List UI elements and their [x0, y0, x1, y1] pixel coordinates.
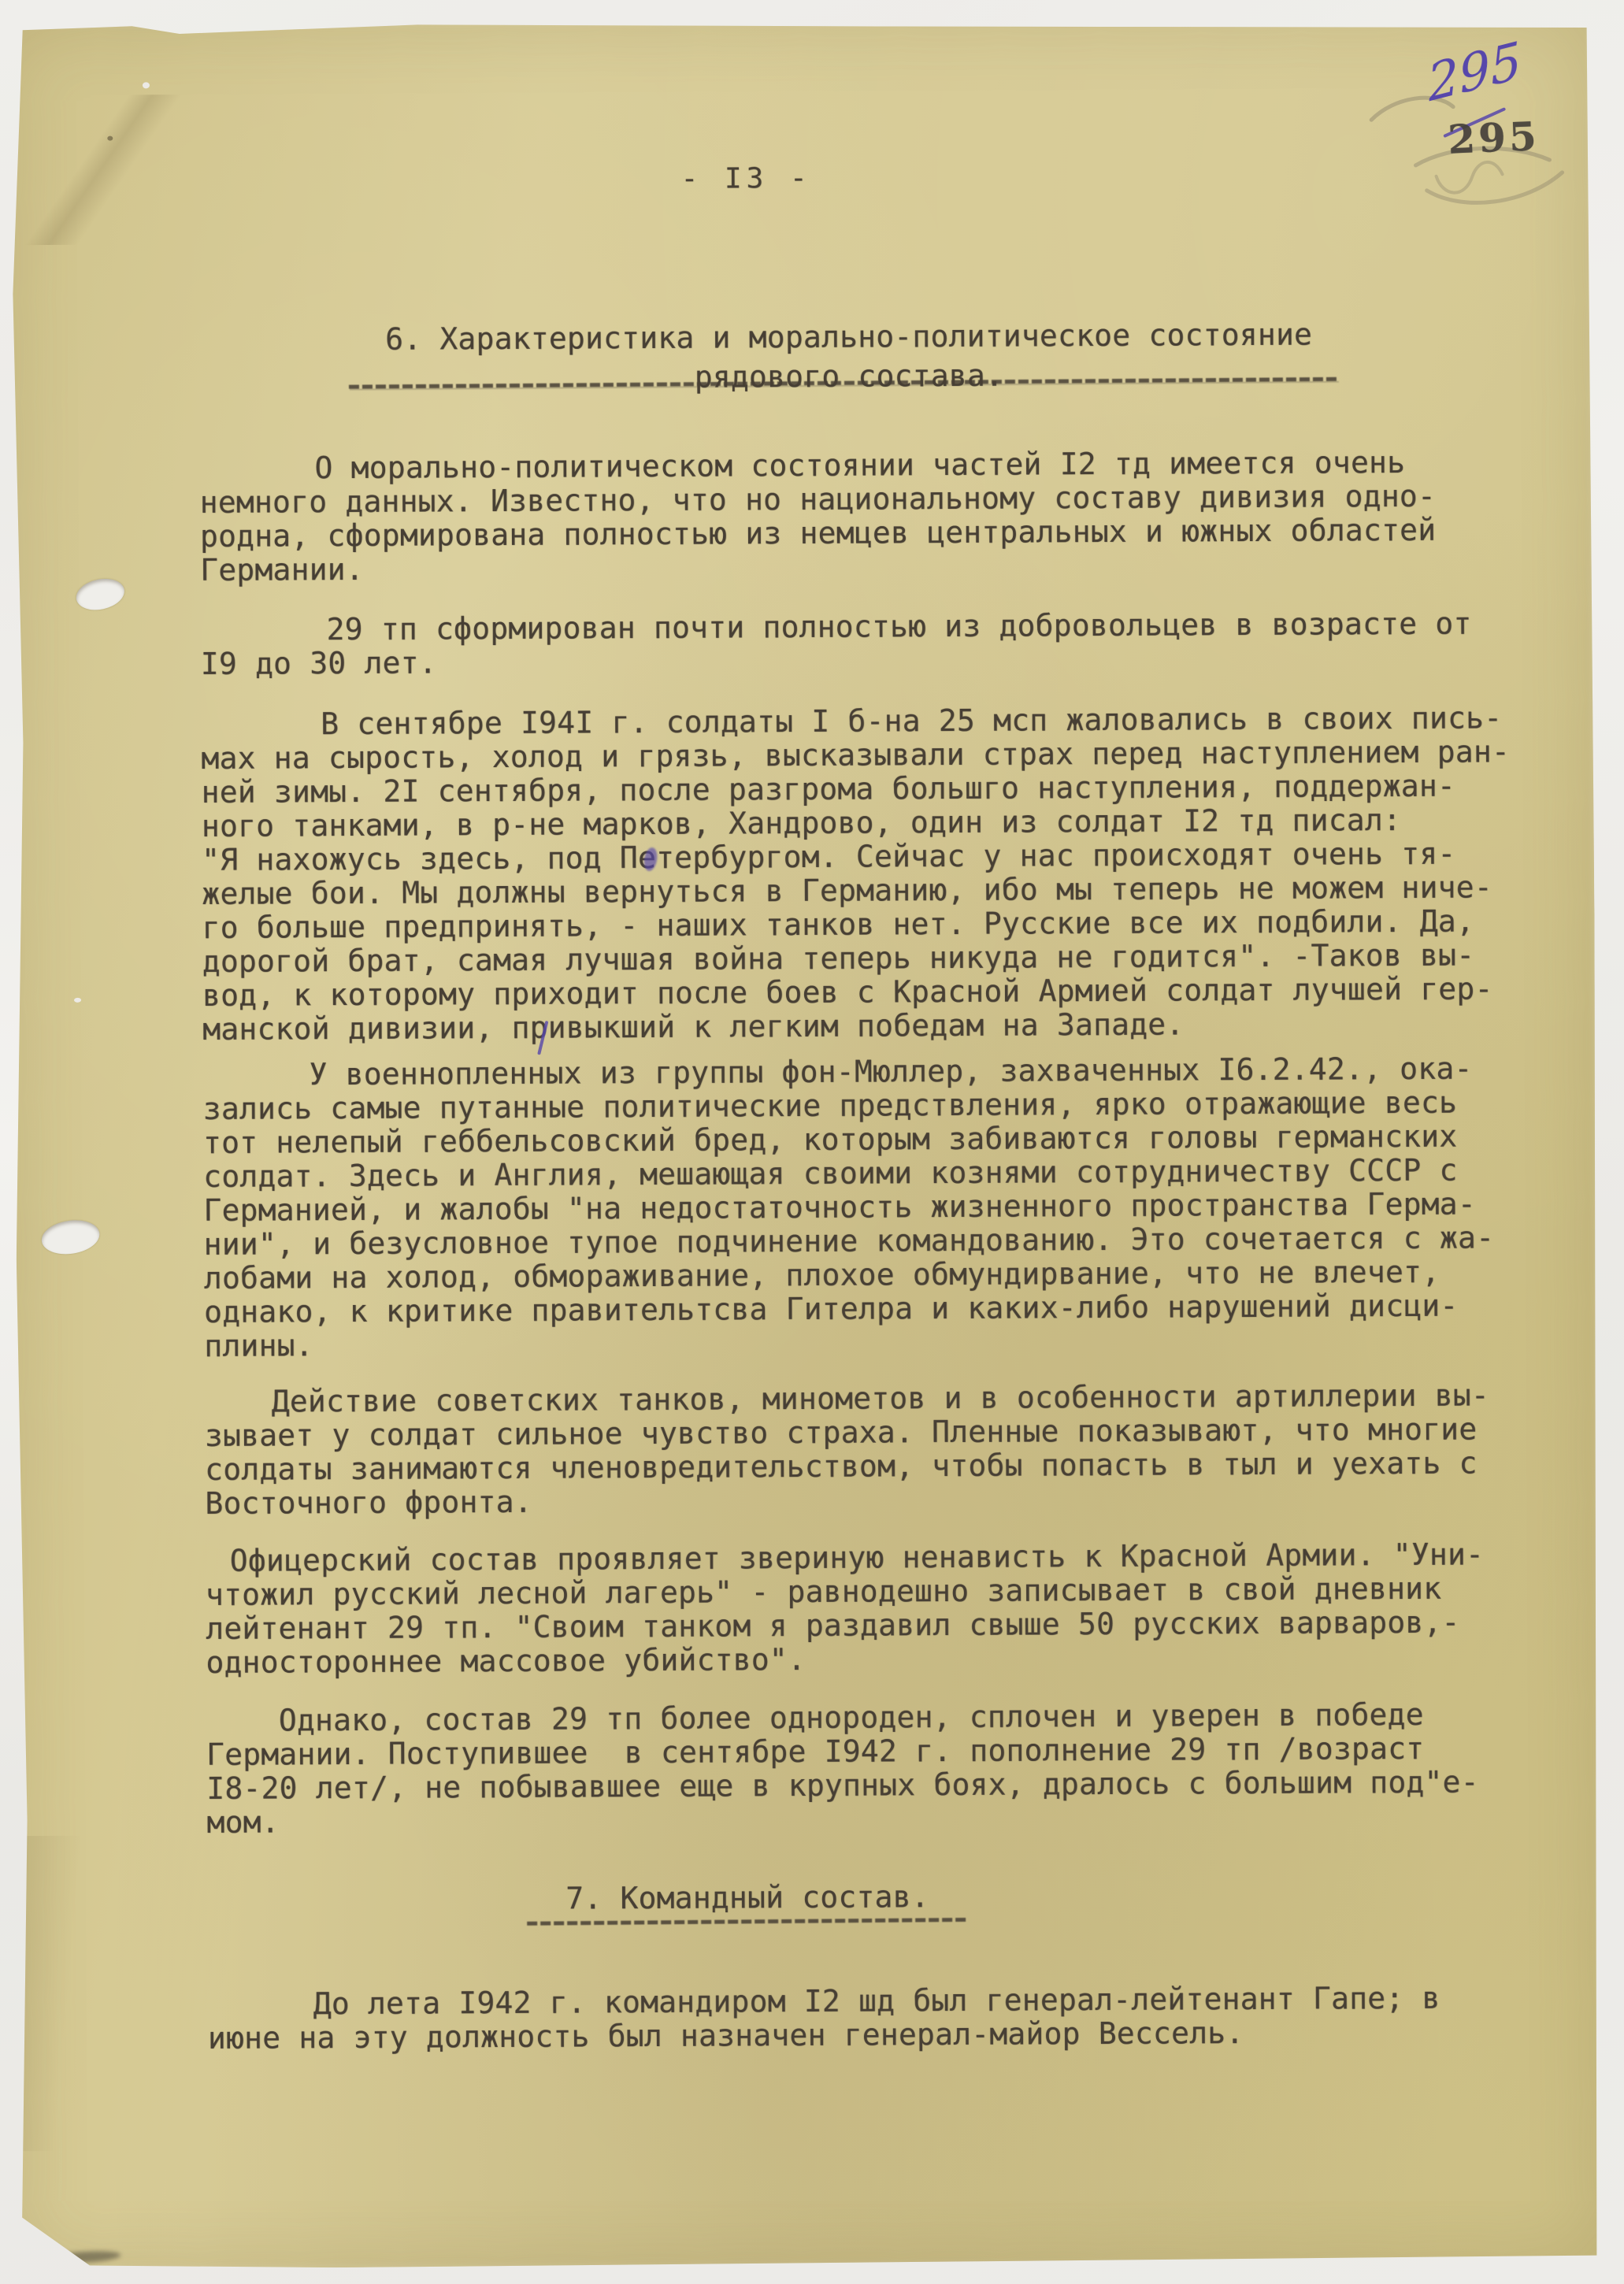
paragraph-29tp-morale: Однако, состав 29 тп более однороден, сп… [206, 1697, 1550, 1840]
page-number: - I3 - [667, 161, 825, 196]
section-7-heading-underline [527, 1918, 968, 1926]
paragraph-division-composition: О морально-политическом состоянии частей… [199, 445, 1543, 588]
ink-smudge-bottom [50, 2249, 121, 2264]
paragraph-fear-of-artillery: Действие советских танков, минометов и в… [205, 1378, 1548, 1521]
paragraph-soldier-letters-1941: В сентябре I94I г. солдаты I б-на 25 мсп… [201, 701, 1545, 1047]
paper-crease-bottom-left [15, 1836, 111, 2152]
paragraph-29tp-volunteers: 29 тп сформирован почти полностью из доб… [200, 606, 1543, 681]
paragraph-division-commanders: До лета I942 г. командиром I2 шд был ген… [208, 1981, 1551, 2056]
punch-hole-bottom [39, 1217, 102, 1258]
paper-nick [143, 82, 150, 88]
paper-crease-top-left [6, 95, 195, 245]
scan-background: 295 295 - I3 - 6. Характеристика и морал… [0, 0, 1624, 2284]
section-7-heading: 7. Командный состав. [527, 1880, 968, 1916]
paragraph-officer-hatred: Офицерский состав проявляет звериную нен… [206, 1537, 1549, 1680]
stamped-archive-number: 295 [1447, 113, 1541, 163]
punch-hole-top [73, 574, 128, 614]
paper-nick [74, 998, 81, 1003]
document-page: 295 295 - I3 - 6. Характеристика и морал… [6, 17, 1602, 2269]
paper-speck [107, 136, 113, 141]
paragraph-pow-von-muller: У военнопленных из группы фон-Мюллер, за… [202, 1051, 1547, 1363]
